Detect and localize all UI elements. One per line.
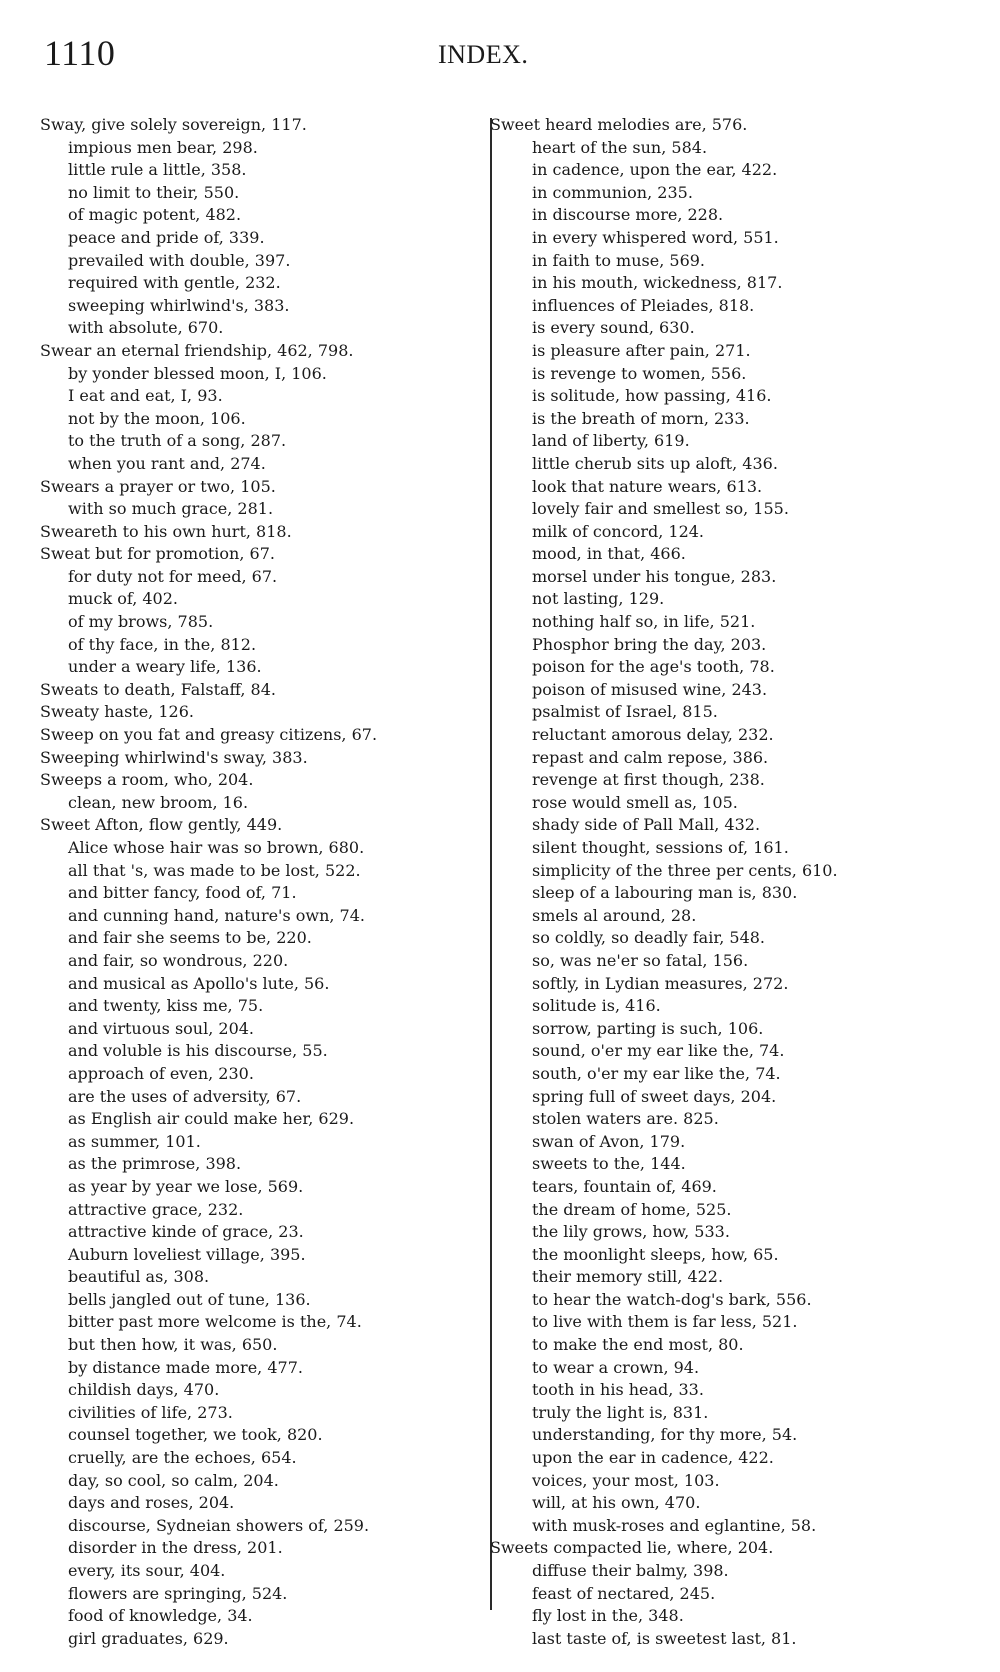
- index-sub-entry: cruelly, are the echoes, 654.: [40, 1447, 470, 1470]
- index-sub-entry: the moonlight sleeps, how, 65.: [504, 1244, 964, 1267]
- index-sub-entry: land of liberty, 619.: [504, 430, 964, 453]
- index-sub-entry: no limit to their, 550.: [40, 182, 470, 205]
- index-sub-entry: psalmist of Israel, 815.: [504, 701, 964, 724]
- index-main-entry: Sweat but for promotion, 67.: [40, 543, 470, 566]
- index-sub-entry: bitter past more welcome is the, 74.: [40, 1311, 470, 1334]
- index-sub-entry: disorder in the dress, 201.: [40, 1537, 470, 1560]
- index-sub-entry: sorrow, parting is such, 106.: [504, 1018, 964, 1041]
- left-index-column: Sway, give solely sovereign, 117.impious…: [40, 114, 470, 1650]
- index-sub-entry: sleep of a labouring man is, 830.: [504, 882, 964, 905]
- index-sub-entry: flowers are springing, 524.: [40, 1583, 470, 1606]
- index-sub-entry: as English air could make her, 629.: [40, 1108, 470, 1131]
- index-sub-entry: for duty not for meed, 67.: [40, 566, 470, 589]
- running-head: INDEX.: [438, 40, 528, 70]
- index-sub-entry: required with gentle, 232.: [40, 272, 470, 295]
- index-sub-entry: prevailed with double, 397.: [40, 250, 470, 273]
- index-sub-entry: and musical as Apollo's lute, 56.: [40, 973, 470, 996]
- index-sub-entry: bells jangled out of tune, 136.: [40, 1289, 470, 1312]
- index-main-entry: Sweeps a room, who, 204.: [40, 769, 470, 792]
- index-sub-entry: tooth in his head, 33.: [504, 1379, 964, 1402]
- index-sub-entry: to live with them is far less, 521.: [504, 1311, 964, 1334]
- index-sub-entry: attractive kinde of grace, 23.: [40, 1221, 470, 1244]
- index-sub-entry: all that 's, was made to be lost, 522.: [40, 860, 470, 883]
- index-sub-entry: poison for the age's tooth, 78.: [504, 656, 964, 679]
- index-sub-entry: little rule a little, 358.: [40, 159, 470, 182]
- index-sub-entry: when you rant and, 274.: [40, 453, 470, 476]
- index-sub-entry: as summer, 101.: [40, 1131, 470, 1154]
- index-sub-entry: revenge at first though, 238.: [504, 769, 964, 792]
- column-divider: [490, 118, 492, 1610]
- index-sub-entry: swan of Avon, 179.: [504, 1131, 964, 1154]
- index-sub-entry: upon the ear in cadence, 422.: [504, 1447, 964, 1470]
- index-sub-entry: so, was ne'er so fatal, 156.: [504, 950, 964, 973]
- index-main-entry: Sweets compacted lie, where, 204.: [490, 1537, 964, 1560]
- index-sub-entry: childish days, 470.: [40, 1379, 470, 1402]
- index-sub-entry: Auburn loveliest village, 395.: [40, 1244, 470, 1267]
- index-sub-entry: in faith to muse, 569.: [504, 250, 964, 273]
- index-sub-entry: rose would smell as, 105.: [504, 792, 964, 815]
- index-sub-entry: as year by year we lose, 569.: [40, 1176, 470, 1199]
- index-sub-entry: discourse, Sydneian showers of, 259.: [40, 1515, 470, 1538]
- index-sub-entry: attractive grace, 232.: [40, 1199, 470, 1222]
- index-sub-entry: in discourse more, 228.: [504, 204, 964, 227]
- index-sub-entry: by yonder blessed moon, I, 106.: [40, 363, 470, 386]
- index-sub-entry: simplicity of the three per cents, 610.: [504, 860, 964, 883]
- index-sub-entry: of my brows, 785.: [40, 611, 470, 634]
- index-sub-entry: and twenty, kiss me, 75.: [40, 995, 470, 1018]
- index-sub-entry: sweets to the, 144.: [504, 1153, 964, 1176]
- index-sub-entry: morsel under his tongue, 283.: [504, 566, 964, 589]
- index-sub-entry: Phosphor bring the day, 203.: [504, 634, 964, 657]
- index-sub-entry: are the uses of adversity, 67.: [40, 1086, 470, 1109]
- index-main-entry: Sweeping whirlwind's sway, 383.: [40, 747, 470, 770]
- index-sub-entry: influences of Pleiades, 818.: [504, 295, 964, 318]
- index-sub-entry: is the breath of morn, 233.: [504, 408, 964, 431]
- right-index-column: Sweet heard melodies are, 576.heart of t…: [504, 114, 964, 1650]
- index-sub-entry: muck of, 402.: [40, 588, 470, 611]
- index-sub-entry: the dream of home, 525.: [504, 1199, 964, 1222]
- index-sub-entry: to the truth of a song, 287.: [40, 430, 470, 453]
- index-sub-entry: with musk-roses and eglantine, 58.: [504, 1515, 964, 1538]
- index-sub-entry: is revenge to women, 556.: [504, 363, 964, 386]
- index-sub-entry: and fair she seems to be, 220.: [40, 927, 470, 950]
- index-sub-entry: not lasting, 129.: [504, 588, 964, 611]
- index-sub-entry: girl graduates, 629.: [40, 1628, 470, 1651]
- index-sub-entry: heart of the sun, 584.: [504, 137, 964, 160]
- index-sub-entry: last taste of, is sweetest last, 81.: [504, 1628, 964, 1651]
- index-sub-entry: and bitter fancy, food of, 71.: [40, 882, 470, 905]
- index-sub-entry: I eat and eat, I, 93.: [40, 385, 470, 408]
- index-sub-entry: south, o'er my ear like the, 74.: [504, 1063, 964, 1086]
- index-sub-entry: and voluble is his discourse, 55.: [40, 1040, 470, 1063]
- index-sub-entry: counsel together, we took, 820.: [40, 1424, 470, 1447]
- index-sub-entry: truly the light is, 831.: [504, 1402, 964, 1425]
- index-sub-entry: and fair, so wondrous, 220.: [40, 950, 470, 973]
- index-sub-entry: clean, new broom, 16.: [40, 792, 470, 815]
- index-sub-entry: day, so cool, so calm, 204.: [40, 1470, 470, 1493]
- index-sub-entry: repast and calm repose, 386.: [504, 747, 964, 770]
- index-sub-entry: not by the moon, 106.: [40, 408, 470, 431]
- index-sub-entry: feast of nectared, 245.: [504, 1583, 964, 1606]
- index-sub-entry: of thy face, in the, 812.: [40, 634, 470, 657]
- index-sub-entry: reluctant amorous delay, 232.: [504, 724, 964, 747]
- index-sub-entry: sweeping whirlwind's, 383.: [40, 295, 470, 318]
- index-sub-entry: in communion, 235.: [504, 182, 964, 205]
- index-sub-entry: the lily grows, how, 533.: [504, 1221, 964, 1244]
- index-sub-entry: days and roses, 204.: [40, 1492, 470, 1515]
- index-main-entry: Sweep on you fat and greasy citizens, 67…: [40, 724, 470, 747]
- index-sub-entry: fly lost in the, 348.: [504, 1605, 964, 1628]
- index-sub-entry: and virtuous soul, 204.: [40, 1018, 470, 1041]
- index-sub-entry: so coldly, so deadly fair, 548.: [504, 927, 964, 950]
- index-sub-entry: shady side of Pall Mall, 432.: [504, 814, 964, 837]
- index-sub-entry: Alice whose hair was so brown, 680.: [40, 837, 470, 860]
- index-sub-entry: mood, in that, 466.: [504, 543, 964, 566]
- index-main-entry: Swears a prayer or two, 105.: [40, 476, 470, 499]
- index-sub-entry: poison of misused wine, 243.: [504, 679, 964, 702]
- index-sub-entry: lovely fair and smellest so, 155.: [504, 498, 964, 521]
- index-sub-entry: is every sound, 630.: [504, 317, 964, 340]
- index-sub-entry: every, its sour, 404.: [40, 1560, 470, 1583]
- index-sub-entry: softly, in Lydian measures, 272.: [504, 973, 964, 996]
- index-sub-entry: silent thought, sessions of, 161.: [504, 837, 964, 860]
- index-sub-entry: in cadence, upon the ear, 422.: [504, 159, 964, 182]
- index-sub-entry: by distance made more, 477.: [40, 1357, 470, 1380]
- index-sub-entry: to make the end most, 80.: [504, 1334, 964, 1357]
- index-sub-entry: diffuse their balmy, 398.: [504, 1560, 964, 1583]
- index-sub-entry: under a weary life, 136.: [40, 656, 470, 679]
- index-sub-entry: smels al around, 28.: [504, 905, 964, 928]
- index-sub-entry: to wear a crown, 94.: [504, 1357, 964, 1380]
- index-sub-entry: nothing half so, in life, 521.: [504, 611, 964, 634]
- index-main-entry: Sweet Afton, flow gently, 449.: [40, 814, 470, 837]
- index-sub-entry: spring full of sweet days, 204.: [504, 1086, 964, 1109]
- index-main-entry: Sweaty haste, 126.: [40, 701, 470, 724]
- index-sub-entry: and cunning hand, nature's own, 74.: [40, 905, 470, 928]
- index-main-entry: Sweareth to his own hurt, 818.: [40, 521, 470, 544]
- index-main-entry: Swear an eternal friendship, 462, 798.: [40, 340, 470, 363]
- index-sub-entry: voices, your most, 103.: [504, 1470, 964, 1493]
- index-sub-entry: peace and pride of, 339.: [40, 227, 470, 250]
- index-sub-entry: beautiful as, 308.: [40, 1266, 470, 1289]
- index-sub-entry: stolen waters are. 825.: [504, 1108, 964, 1131]
- index-sub-entry: little cherub sits up aloft, 436.: [504, 453, 964, 476]
- index-sub-entry: approach of even, 230.: [40, 1063, 470, 1086]
- index-sub-entry: civilities of life, 273.: [40, 1402, 470, 1425]
- index-main-entry: Sway, give solely sovereign, 117.: [40, 114, 470, 137]
- index-sub-entry: their memory still, 422.: [504, 1266, 964, 1289]
- index-sub-entry: as the primrose, 398.: [40, 1153, 470, 1176]
- page-number: 1110: [44, 32, 115, 74]
- index-main-entry: Sweet heard melodies are, 576.: [490, 114, 964, 137]
- index-sub-entry: milk of concord, 124.: [504, 521, 964, 544]
- index-sub-entry: with so much grace, 281.: [40, 498, 470, 521]
- index-sub-entry: impious men bear, 298.: [40, 137, 470, 160]
- index-sub-entry: solitude is, 416.: [504, 995, 964, 1018]
- index-sub-entry: but then how, it was, 650.: [40, 1334, 470, 1357]
- index-sub-entry: in his mouth, wickedness, 817.: [504, 272, 964, 295]
- index-sub-entry: is pleasure after pain, 271.: [504, 340, 964, 363]
- index-sub-entry: sound, o'er my ear like the, 74.: [504, 1040, 964, 1063]
- index-sub-entry: will, at his own, 470.: [504, 1492, 964, 1515]
- index-main-entry: Sweats to death, Falstaff, 84.: [40, 679, 470, 702]
- index-sub-entry: in every whispered word, 551.: [504, 227, 964, 250]
- index-sub-entry: is solitude, how passing, 416.: [504, 385, 964, 408]
- index-sub-entry: to hear the watch-dog's bark, 556.: [504, 1289, 964, 1312]
- index-sub-entry: understanding, for thy more, 54.: [504, 1424, 964, 1447]
- index-sub-entry: food of knowledge, 34.: [40, 1605, 470, 1628]
- index-sub-entry: of magic potent, 482.: [40, 204, 470, 227]
- index-sub-entry: look that nature wears, 613.: [504, 476, 964, 499]
- index-sub-entry: tears, fountain of, 469.: [504, 1176, 964, 1199]
- index-sub-entry: with absolute, 670.: [40, 317, 470, 340]
